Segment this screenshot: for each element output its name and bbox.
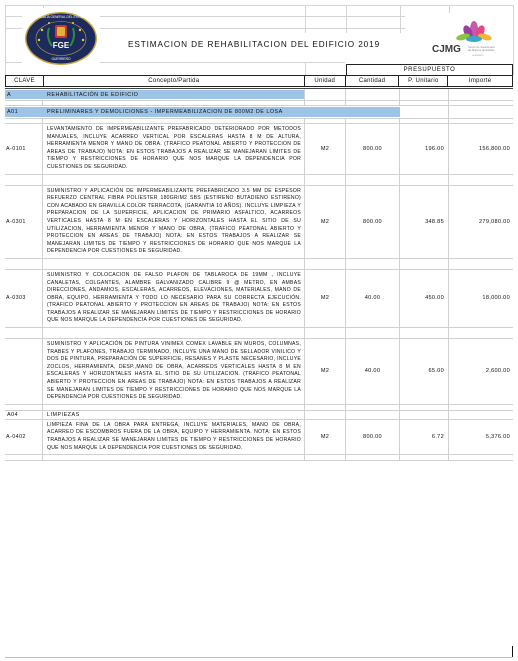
- item-unit-price: 450.00: [400, 270, 449, 327]
- document-title: ESTIMACION DE REHABILITACION DEL EDIFICI…: [128, 40, 380, 49]
- item-unit-price: 348.85: [400, 186, 449, 258]
- item-code: A-0101: [5, 124, 43, 174]
- spacer-row: [5, 455, 513, 461]
- item-quantity: 800.00: [346, 186, 400, 258]
- section-label: REHABILITACIÓN DE EDIFICIO: [43, 89, 305, 100]
- svg-text:FISCALIA GENERAL DEL ESTADO: FISCALIA GENERAL DEL ESTADO: [36, 15, 87, 19]
- fge-seal-logo-icon: FGE GUERRERO FISCALIA GENERAL DEL ESTADO: [22, 10, 100, 67]
- gridline: [305, 62, 306, 75]
- selection-edge: [5, 657, 512, 658]
- item-code: A-0402: [5, 420, 43, 454]
- column-header-p-unitario[interactable]: P. Unitario: [399, 76, 448, 86]
- item-unit: M2: [305, 186, 346, 258]
- item-unit-price: 6.72: [400, 420, 449, 454]
- svg-text:GUERRERO: GUERRERO: [51, 57, 70, 61]
- section-code: A01: [5, 106, 43, 118]
- svg-text:las Mujeres del Estado: las Mujeres del Estado: [468, 48, 495, 52]
- item-code: [5, 339, 43, 404]
- table-row[interactable]: SUMINISTRO Y APLICACIÓN DE PINTURA VINIM…: [5, 339, 513, 405]
- item-code: A-0303: [5, 270, 43, 327]
- spacer-row: [5, 175, 513, 186]
- item-unit-price: 196.00: [400, 124, 449, 174]
- item-unit-price: 65.00: [400, 339, 449, 404]
- budget-group-header: PRESUPUESTO: [346, 64, 513, 75]
- item-amount: 18,000.00: [449, 270, 513, 327]
- gridline: [400, 5, 401, 33]
- spacer-row: [5, 259, 513, 270]
- item-quantity: 40.00: [346, 339, 400, 404]
- column-header-row: CLAVE Concepto/Partida Unidad Cantidad P…: [5, 75, 513, 87]
- item-amount: 2,600.00: [449, 339, 513, 404]
- column-header-clave[interactable]: CLAVE: [6, 76, 44, 86]
- section-label: LIMPIEZAS: [43, 411, 305, 419]
- item-code: A-0301: [5, 186, 43, 258]
- item-description: LEVANTAMIENTO DE IMPERMEABILIZANTE PREFA…: [43, 124, 305, 174]
- spreadsheet-sheet: FGE GUERRERO FISCALIA GENERAL DEL ESTADO…: [0, 0, 518, 661]
- item-unit: M2: [305, 124, 346, 174]
- item-amount: 279,080.00: [449, 186, 513, 258]
- section-code: A: [5, 89, 43, 100]
- gridline: [43, 5, 44, 8]
- section-row[interactable]: A04 LIMPIEZAS: [5, 411, 513, 420]
- section-code: A04: [5, 411, 43, 419]
- estimate-table: A REHABILITACIÓN DE EDIFICIO A01 PRELIMI…: [5, 89, 513, 461]
- column-header-importe[interactable]: Importe: [448, 76, 512, 86]
- column-header-cantidad[interactable]: Cantidad: [346, 76, 400, 86]
- item-description: SUMINISTRO Y APLICACIÓN DE IMPERMEABILIZ…: [43, 186, 305, 258]
- svg-text:FGE: FGE: [53, 41, 70, 50]
- gridline: [449, 5, 450, 13]
- section-label: PRELIMINARES Y DEMOLICIONES - IMPERMEABI…: [43, 106, 305, 118]
- table-row[interactable]: A-0101 LEVANTAMIENTO DE IMPERMEABILIZANT…: [5, 124, 513, 175]
- cjmg-lotus-logo-icon: CJMG Centro de Justicia para las Mujeres…: [432, 20, 516, 60]
- item-unit: M2: [305, 339, 346, 404]
- table-row[interactable]: A-0402 LIMPIEZA FINA DE LA OBRA PARA ENT…: [5, 420, 513, 455]
- item-description: LIMPIEZA FINA DE LA OBRA PARA ENTREGA, I…: [43, 420, 305, 454]
- item-unit: M2: [305, 270, 346, 327]
- gridline: [5, 5, 6, 75]
- item-amount: 156,800.00: [449, 124, 513, 174]
- section-row[interactable]: A REHABILITACIÓN DE EDIFICIO: [5, 89, 513, 101]
- gridline: [346, 5, 347, 33]
- table-row[interactable]: A-0301 SUMINISTRO Y APLICACIÓN DE IMPERM…: [5, 186, 513, 259]
- item-quantity: 800.00: [346, 124, 400, 174]
- column-header-unidad[interactable]: Unidad: [305, 76, 346, 86]
- table-row[interactable]: A-0303 SUMINISTRO Y COLOCACION DE FALSO …: [5, 270, 513, 328]
- text-cursor: [512, 646, 513, 657]
- item-description: SUMINISTRO Y COLOCACION DE FALSO PLAFON …: [43, 270, 305, 327]
- spacer-row: [5, 328, 513, 339]
- gridline: [305, 5, 306, 33]
- item-quantity: 40.00: [346, 270, 400, 327]
- gridline: [5, 5, 513, 6]
- column-header-concepto[interactable]: Concepto/Partida: [44, 76, 305, 86]
- item-quantity: 800.00: [346, 420, 400, 454]
- item-description: SUMINISTRO Y APLICACIÓN DE PINTURA VINIM…: [43, 339, 305, 404]
- section-row[interactable]: A01 PRELIMINARES Y DEMOLICIONES - IMPERM…: [5, 106, 513, 119]
- item-unit: M2: [305, 420, 346, 454]
- svg-text:CJMG: CJMG: [432, 44, 461, 55]
- svg-text:GUERRERO: GUERRERO: [472, 55, 484, 57]
- item-amount: 5,376.00: [449, 420, 513, 454]
